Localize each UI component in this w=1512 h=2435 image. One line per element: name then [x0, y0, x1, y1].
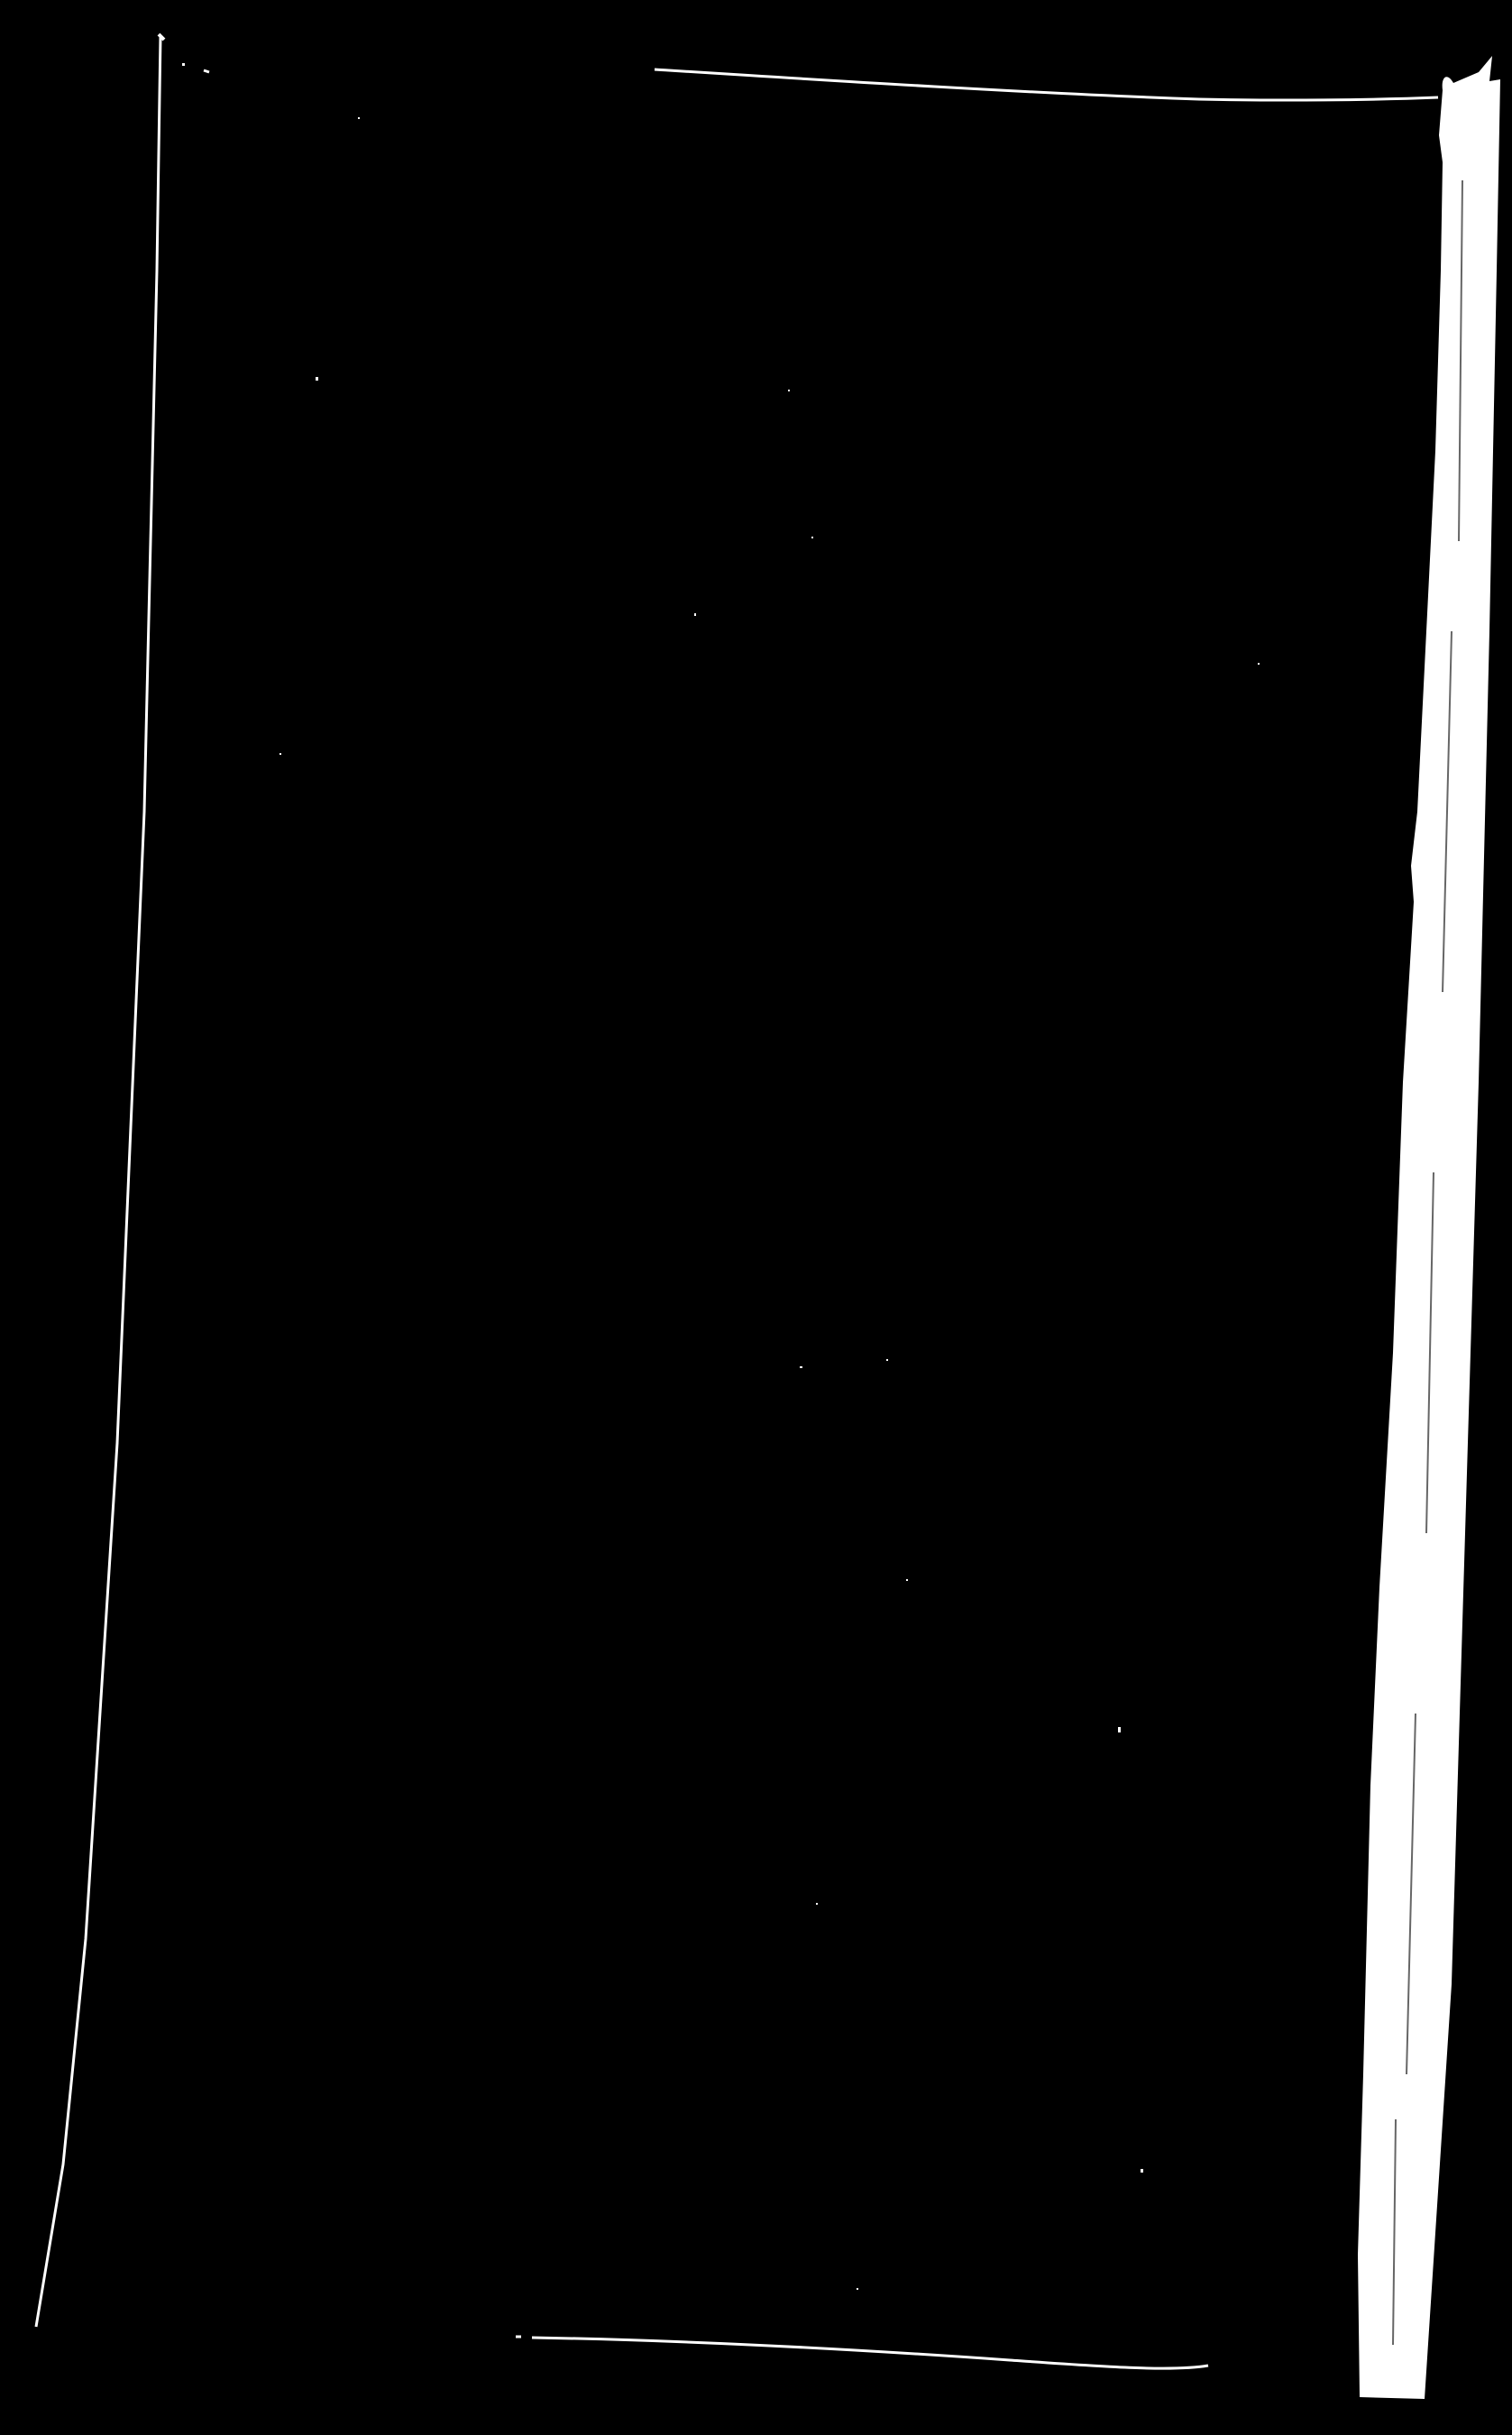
edge-mask-canvas — [0, 0, 1512, 2435]
background — [0, 0, 1512, 2435]
